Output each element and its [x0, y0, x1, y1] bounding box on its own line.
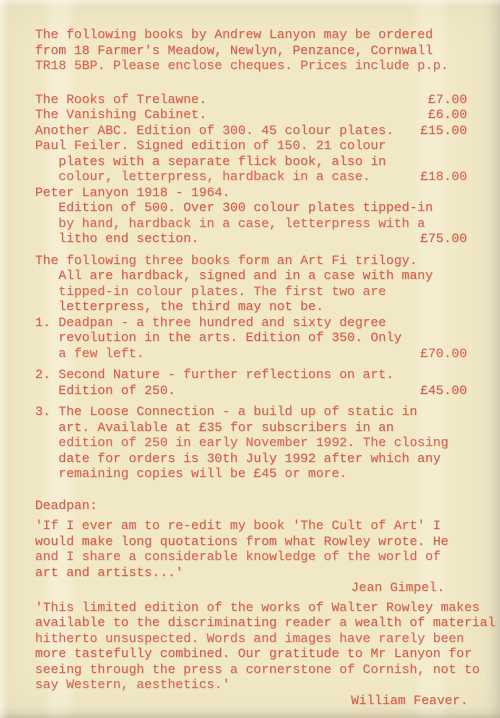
trilogy-item: 2. Second Nature - further reflections o…	[35, 367, 467, 398]
line-text: hitherto unsuspected. Words and images h…	[35, 631, 464, 646]
line-text: revolution in the arts. Edition of 350. …	[35, 330, 402, 345]
line-text: 3. The Loose Connection - a build up of …	[35, 404, 417, 419]
line-text: 'If I ever am to re-edit my book 'The Cu…	[35, 518, 441, 533]
line-text: All are hardback, signed and in a case w…	[35, 268, 433, 283]
line-text: by hand, hardback in a case, letterpress…	[35, 216, 425, 231]
line-text: 2. Second Nature - further reflections o…	[35, 367, 394, 382]
text-line: from 18 Farmer's Meadow, Newlyn, Penzanc…	[35, 43, 467, 59]
line-text: more tastefully combined. Our gratitude …	[35, 646, 472, 661]
line-text: edition of 250 in early November 1992. T…	[35, 435, 448, 450]
price-value: £7.00	[428, 92, 467, 108]
line-text: and I share a considerable knowledge of …	[35, 549, 441, 564]
text-line: plates with a separate flick book, also …	[35, 154, 467, 170]
line-text: colour, letterpress, hardback in a case.	[35, 169, 370, 184]
line-text: William Feaver.	[35, 693, 468, 708]
line-text: TR18 5BP. Please enclose cheques. Prices…	[35, 58, 448, 73]
text-line: litho end section.£75.00	[35, 231, 467, 247]
text-line: The Rooks of Trelawne.£7.00	[35, 92, 467, 108]
text-line: TR18 5BP. Please enclose cheques. Prices…	[35, 58, 467, 74]
text-line: colour, letterpress, hardback in a case.…	[35, 169, 467, 185]
document-page: The following books by Andrew Lanyon may…	[0, 0, 500, 718]
section-trilogy: The following three books form an Art Fi…	[35, 253, 467, 482]
line-text: The Vanishing Cabinet.	[35, 107, 207, 122]
text-line: a few left.£70.00	[35, 346, 467, 362]
text-line: Edition of 250.£45.00	[35, 383, 467, 399]
attribution-line: William Feaver.	[35, 693, 467, 709]
line-text: available to the discriminating reader a…	[35, 615, 495, 630]
price-list-entry: Peter Lanyon 1918 - 1964. Edition of 500…	[35, 185, 467, 247]
text-line: 2. Second Nature - further reflections o…	[35, 367, 467, 383]
line-text: from 18 Farmer's Meadow, Newlyn, Penzanc…	[35, 43, 433, 58]
deadpan-heading: Deadpan:	[35, 498, 467, 514]
text-line: seeing through the press a cornerstone o…	[35, 662, 467, 678]
text-line: Another ABC. Edition of 300. 45 colour p…	[35, 123, 467, 139]
line-text: letterpress, the third may not be.	[35, 299, 324, 314]
price-value: £6.00	[428, 107, 467, 123]
text-line: All are hardback, signed and in a case w…	[35, 268, 467, 284]
text-line: Paul Feiler. Signed edition of 150. 21 c…	[35, 138, 467, 154]
section-quote-gimpel: 'If I ever am to re-edit my book 'The Cu…	[35, 518, 467, 596]
text-line: 1. Deadpan - a three hundred and sixty d…	[35, 315, 467, 331]
text-line: hitherto unsuspected. Words and images h…	[35, 631, 467, 647]
section-price-list: The Rooks of Trelawne.£7.00The Vanishing…	[35, 92, 467, 247]
text-line: revolution in the arts. Edition of 350. …	[35, 330, 467, 346]
line-text: Another ABC. Edition of 300. 45 colour p…	[35, 123, 394, 138]
section-intro: The following books by Andrew Lanyon may…	[35, 27, 467, 74]
price-value: £75.00	[420, 231, 467, 247]
text-line: Peter Lanyon 1918 - 1964.	[35, 185, 467, 201]
trilogy-item: 1. Deadpan - a three hundred and sixty d…	[35, 315, 467, 362]
line-text: Peter Lanyon 1918 - 1964.	[35, 185, 230, 200]
line-text: 'This limited edition of the works of Wa…	[35, 600, 480, 615]
line-text: The following books by Andrew Lanyon may…	[35, 27, 433, 42]
line-text: art. Available at £35 for subscribers in…	[35, 420, 394, 435]
line-text: Paul Feiler. Signed edition of 150. 21 c…	[35, 138, 386, 153]
text-line: available to the discriminating reader a…	[35, 615, 467, 631]
line-text: Jean Gimpel.	[35, 580, 445, 595]
line-text: seeing through the press a cornerstone o…	[35, 662, 480, 677]
price-value: £70.00	[420, 346, 467, 362]
price-value: £18.00	[420, 169, 467, 185]
text-line: 3. The Loose Connection - a build up of …	[35, 404, 467, 420]
line-text: would make long quotations from what Row…	[35, 534, 448, 549]
trilogy-item: 3. The Loose Connection - a build up of …	[35, 404, 467, 482]
text-line: Edition of 500. Over 300 colour plates t…	[35, 200, 467, 216]
section-quote-feaver: 'This limited edition of the works of Wa…	[35, 600, 467, 709]
price-value: £45.00	[420, 383, 467, 399]
line-text: art and artists...'	[35, 565, 183, 580]
line-text: a few left.	[35, 346, 144, 361]
text-line: date for orders is 30th July 1992 after …	[35, 451, 467, 467]
line-text: The following three books form an Art Fi…	[35, 253, 417, 268]
text-line: remaining copies will be £45 or more.	[35, 466, 467, 482]
text-line: edition of 250 in early November 1992. T…	[35, 435, 467, 451]
text-line: art. Available at £35 for subscribers in…	[35, 420, 467, 436]
line-text: date for orders is 30th July 1992 after …	[35, 451, 441, 466]
line-text: tipped-in colour plates. The first two a…	[35, 284, 386, 299]
price-list-entry: The Rooks of Trelawne.£7.00	[35, 92, 467, 108]
text-line: 'This limited edition of the works of Wa…	[35, 600, 467, 616]
price-list-entry: Paul Feiler. Signed edition of 150. 21 c…	[35, 138, 467, 185]
line-text: litho end section.	[35, 231, 199, 246]
text-line: The following books by Andrew Lanyon may…	[35, 27, 467, 43]
text-line: art and artists...'	[35, 565, 467, 581]
text-line: say Western, aesthetics.'	[35, 677, 467, 693]
text-line: would make long quotations from what Row…	[35, 534, 467, 550]
text-line: letterpress, the third may not be.	[35, 299, 467, 315]
document-content: The following books by Andrew Lanyon may…	[0, 0, 500, 718]
text-line: more tastefully combined. Our gratitude …	[35, 646, 467, 662]
price-value: £15.00	[420, 123, 467, 139]
text-line: by hand, hardback in a case, letterpress…	[35, 216, 467, 232]
line-text: say Western, aesthetics.'	[35, 677, 230, 692]
deadpan-heading-text: Deadpan:	[35, 498, 97, 513]
text-line: and I share a considerable knowledge of …	[35, 549, 467, 565]
text-line: The following three books form an Art Fi…	[35, 253, 467, 269]
line-text: remaining copies will be £45 or more.	[35, 466, 347, 481]
line-text: 1. Deadpan - a three hundred and sixty d…	[35, 315, 386, 330]
price-list-entry: The Vanishing Cabinet.£6.00	[35, 107, 467, 123]
line-text: The Rooks of Trelawne.	[35, 92, 207, 107]
line-text: Edition of 500. Over 300 colour plates t…	[35, 200, 433, 215]
text-line: tipped-in colour plates. The first two a…	[35, 284, 467, 300]
line-text: plates with a separate flick book, also …	[35, 154, 386, 169]
text-line: The Vanishing Cabinet.£6.00	[35, 107, 467, 123]
text-line: 'If I ever am to re-edit my book 'The Cu…	[35, 518, 467, 534]
attribution-line: Jean Gimpel.	[35, 580, 467, 596]
price-list-entry: Another ABC. Edition of 300. 45 colour p…	[35, 123, 467, 139]
line-text: Edition of 250.	[35, 383, 175, 398]
